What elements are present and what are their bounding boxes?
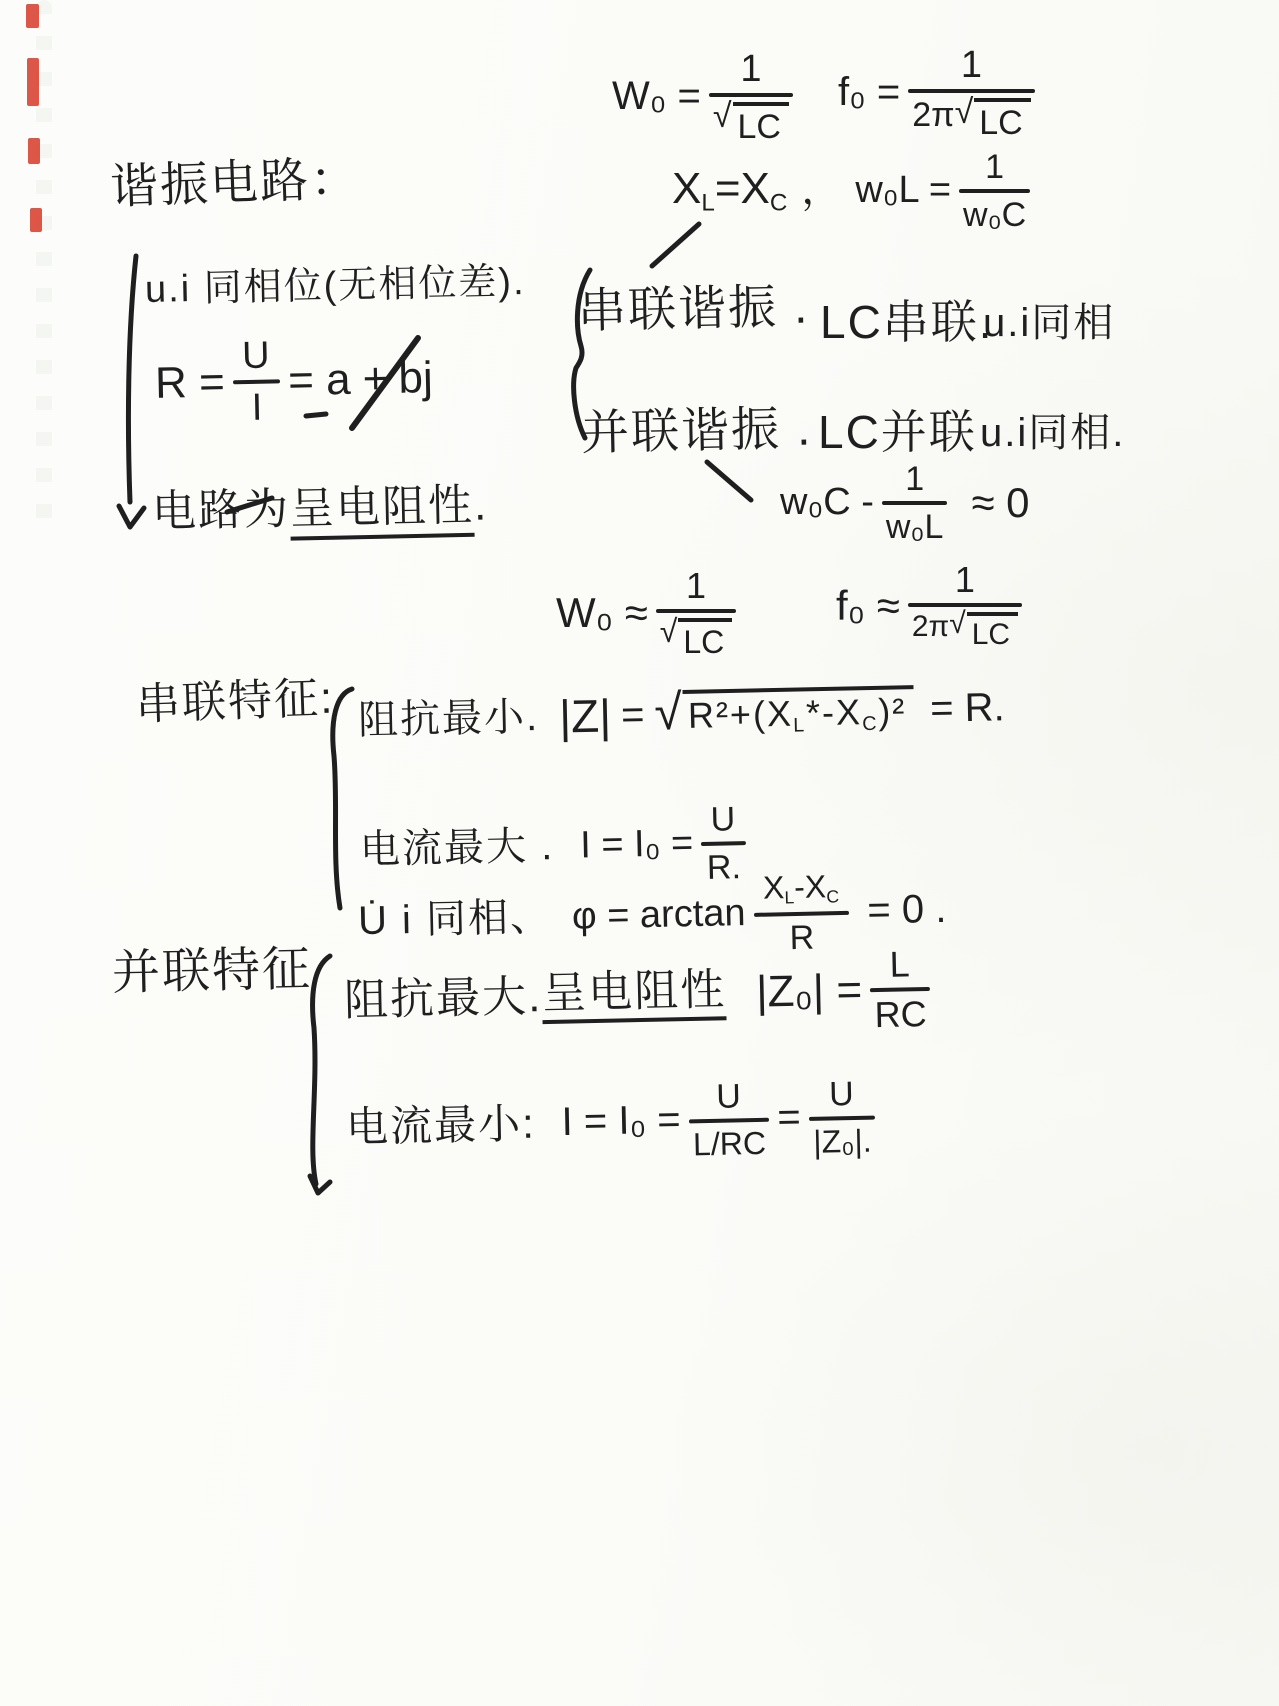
parallel-condition-formula: w₀C - 1 w₀L ≈ 0 [780,462,1030,544]
parallel-current-lhs: I = I₀ = [561,1099,681,1145]
impedance-denominator: I [247,384,266,427]
impedance-equation: R = U I = a + bj [154,333,434,429]
approx-f0-root-arg: LC [967,612,1018,650]
series-circuit-text: LC串联. [820,296,994,348]
f0-lhs: f₀ = [838,71,900,114]
parallel-phase-text: u.i同相. [980,411,1125,455]
series-current-numerator: U [700,802,745,842]
series-phase-fraction: XL-XC R [753,870,851,956]
w0-numerator: 1 [730,50,771,93]
approx-f0-numerator: 1 [945,562,985,603]
phase-condition-line: u.i 同相位(无相位差). [145,262,526,311]
parallel-name: 并联谐振 [580,403,781,460]
impedance-lhs: R = [155,359,226,408]
parallel-current-eq: = [777,1097,801,1141]
parallel-impedance-label: 阻抗最大. [344,973,543,1025]
parallel-impedance-numerator: L [879,946,920,988]
parallel-impedance-z: |Z₀| = [756,967,863,1017]
f0-denominator: 2π √ LC [908,93,1035,140]
parallel-features-title: 并联特征 [111,944,312,1000]
resonance-condition: XL=XC ， w₀L = 1 w₀C [672,150,1038,232]
approx-f0-fraction: 1 2π √ LC [908,562,1022,650]
parallel-condition-fraction: 1 w₀L [882,462,948,544]
series-phase-lhs: φ = arctan [572,893,746,938]
sqrt-symbol: √ [713,99,733,133]
parallel-current-numerator1: U [706,1079,751,1119]
parallel-condition-lhs: w₀C - [780,482,874,523]
parallel-dot: . [796,403,812,456]
parallel-features-title-text: 并联特征 [111,943,312,1000]
w0l-lhs: w₀L = [855,170,951,211]
impedance-mid: = a + [288,355,389,405]
f0-numerator: 1 [951,46,992,89]
parallel-current-label: 电流最小: [346,1101,537,1150]
series-resonance-row-name: 串联谐振. [577,282,809,339]
condition-comma: ， [801,169,841,212]
formula-f0: f₀ = 1 2π √ LC [838,46,1043,140]
parallel-current-fraction1: U L/RC [688,1079,771,1161]
parallel-condition-denominator: w₀L [882,505,948,544]
title-text: 谐振电路： [109,153,361,215]
approx-w0-fraction: 1 √ LC [656,568,736,658]
parallel-impedance-label-emphasis: 呈电阻性 [542,966,727,1024]
parallel-current-fraction2: U |Z₀|. [808,1077,876,1158]
parallel-circuit: LC并联 [818,408,977,458]
conclusion-period: . [473,480,488,529]
group-arrow-head [119,506,144,527]
w0-root-arg: LC [733,102,789,144]
f0-root-arg: LC [974,98,1030,140]
f0-sqrt: √ LC [955,98,1031,140]
w0-sqrt: √ LC [713,102,789,144]
series-impedance-sqrt: √ R²+(XL*-XC)² [654,685,915,740]
series-features-brace [333,689,352,908]
w0l-fraction: 1 w₀C [959,150,1030,232]
parallel-current-numerator2: U [819,1077,864,1117]
series-impedance-z: |Z| [559,692,612,743]
approx-w0-numerator: 1 [676,568,716,609]
parallel-impedance-item: 阻抗最大. 呈电阻性 |Z₀| = L RC [343,946,939,1044]
conclusion-emphasis: 呈电阻性 [289,481,474,541]
series-phase-rhs: = 0 . [867,888,947,933]
approx-w0-sqrt: √ LC [660,618,732,658]
reactance-equality: XL=XC [672,165,787,216]
parallel-brace-arrow-tip [310,1176,330,1193]
series-features-title-text: 串联特征: [135,674,335,730]
parallel-current-denominator1: L/RC [689,1122,771,1161]
sqrt-symbol: √ [955,95,975,129]
formula-w0: W₀ = 1 √ LC [612,50,801,144]
impedance-struck-term: bj [398,354,433,402]
notes-page: 谐振电路： u.i 同相位(无相位差). R = U I = a + bj 电路… [0,0,1279,1706]
group-arrow-shaft [128,256,136,502]
parallel-condition-approx: ≈ 0 [971,480,1029,525]
sqrt-symbol: √ [660,615,679,647]
approx-f0-denominator: 2π √ LC [908,607,1022,650]
connector-parallel-to-condition [707,462,751,500]
sqrt-symbol: √ [654,687,683,738]
w0-denominator: √ LC [709,97,793,144]
conclusion-pre: 电路 [152,486,245,537]
parallel-impedance-fraction: L RC [869,946,931,1033]
series-name: 串联谐振 [577,281,778,338]
series-circuit: LC串联. [820,298,994,348]
approx-w0: W₀ ≈ 1 √ LC [556,568,744,658]
series-phase-numerator: XL-XC [753,870,850,913]
f0-den-coeff: 2π [912,98,954,132]
series-phase: u.i同相 [983,302,1115,345]
series-dot: . [793,281,809,334]
parallel-current-item: 电流最小: I = I₀ = U L/RC = U |Z₀|. [345,1076,884,1167]
w0-fraction: 1 √ LC [709,50,793,144]
parallel-impedance-denominator: RC [870,991,931,1033]
series-impedance-rhs: = R. [930,687,1005,732]
w0l-denominator: w₀C [959,193,1030,232]
impedance-numerator: U [232,336,280,380]
series-phase-label: U̇ i 同相、 [358,896,553,943]
sqrt-symbol: √ [949,609,966,639]
conclusion-line: 电路为呈电阻性. [152,481,489,536]
page-title: 谐振电路： [109,154,361,215]
approx-w0-root-arg: LC [678,618,732,658]
series-impedance-label: 阻抗最小. [358,696,540,743]
conclusion-struck-char: 为 [243,485,290,535]
series-current-label: 电流最大 . [360,825,555,872]
approx-w0-denominator: √ LC [656,613,736,658]
series-features-title: 串联特征: [135,675,335,729]
parallel-features-brace [313,956,330,1184]
w0-lhs: W₀ = [612,75,701,118]
series-impedance-root-arg: R²+(XL*-XC)² [682,685,914,739]
parallel-current-denominator2: |Z₀|. [809,1120,876,1158]
series-impedance-eq: = [621,694,645,738]
approx-w0-lhs: W₀ ≈ [556,590,648,635]
phase-condition-text: u.i 同相位(无相位差). [145,261,526,311]
w0l-numerator: 1 [975,150,1014,189]
series-phase-text: u.i同相 [983,301,1115,345]
approx-f0-sqrt: √ LC [949,612,1018,650]
parallel-phase: u.i同相. [980,412,1125,455]
approx-f0: f₀ ≈ 1 2π √ LC [836,562,1030,650]
parallel-resonance-row-name: 并联谐振. [580,404,812,461]
approx-f0-lhs: f₀ ≈ [836,583,900,628]
parallel-circuit-text: LC并联 [818,406,977,458]
f0-fraction: 1 2π √ LC [908,46,1035,140]
impedance-fraction: U I [232,336,281,427]
series-current-lhs: I = I₀ = [580,824,694,867]
parallel-condition-numerator: 1 [895,462,934,501]
approx-f0-den-coeff: 2π [912,612,949,642]
